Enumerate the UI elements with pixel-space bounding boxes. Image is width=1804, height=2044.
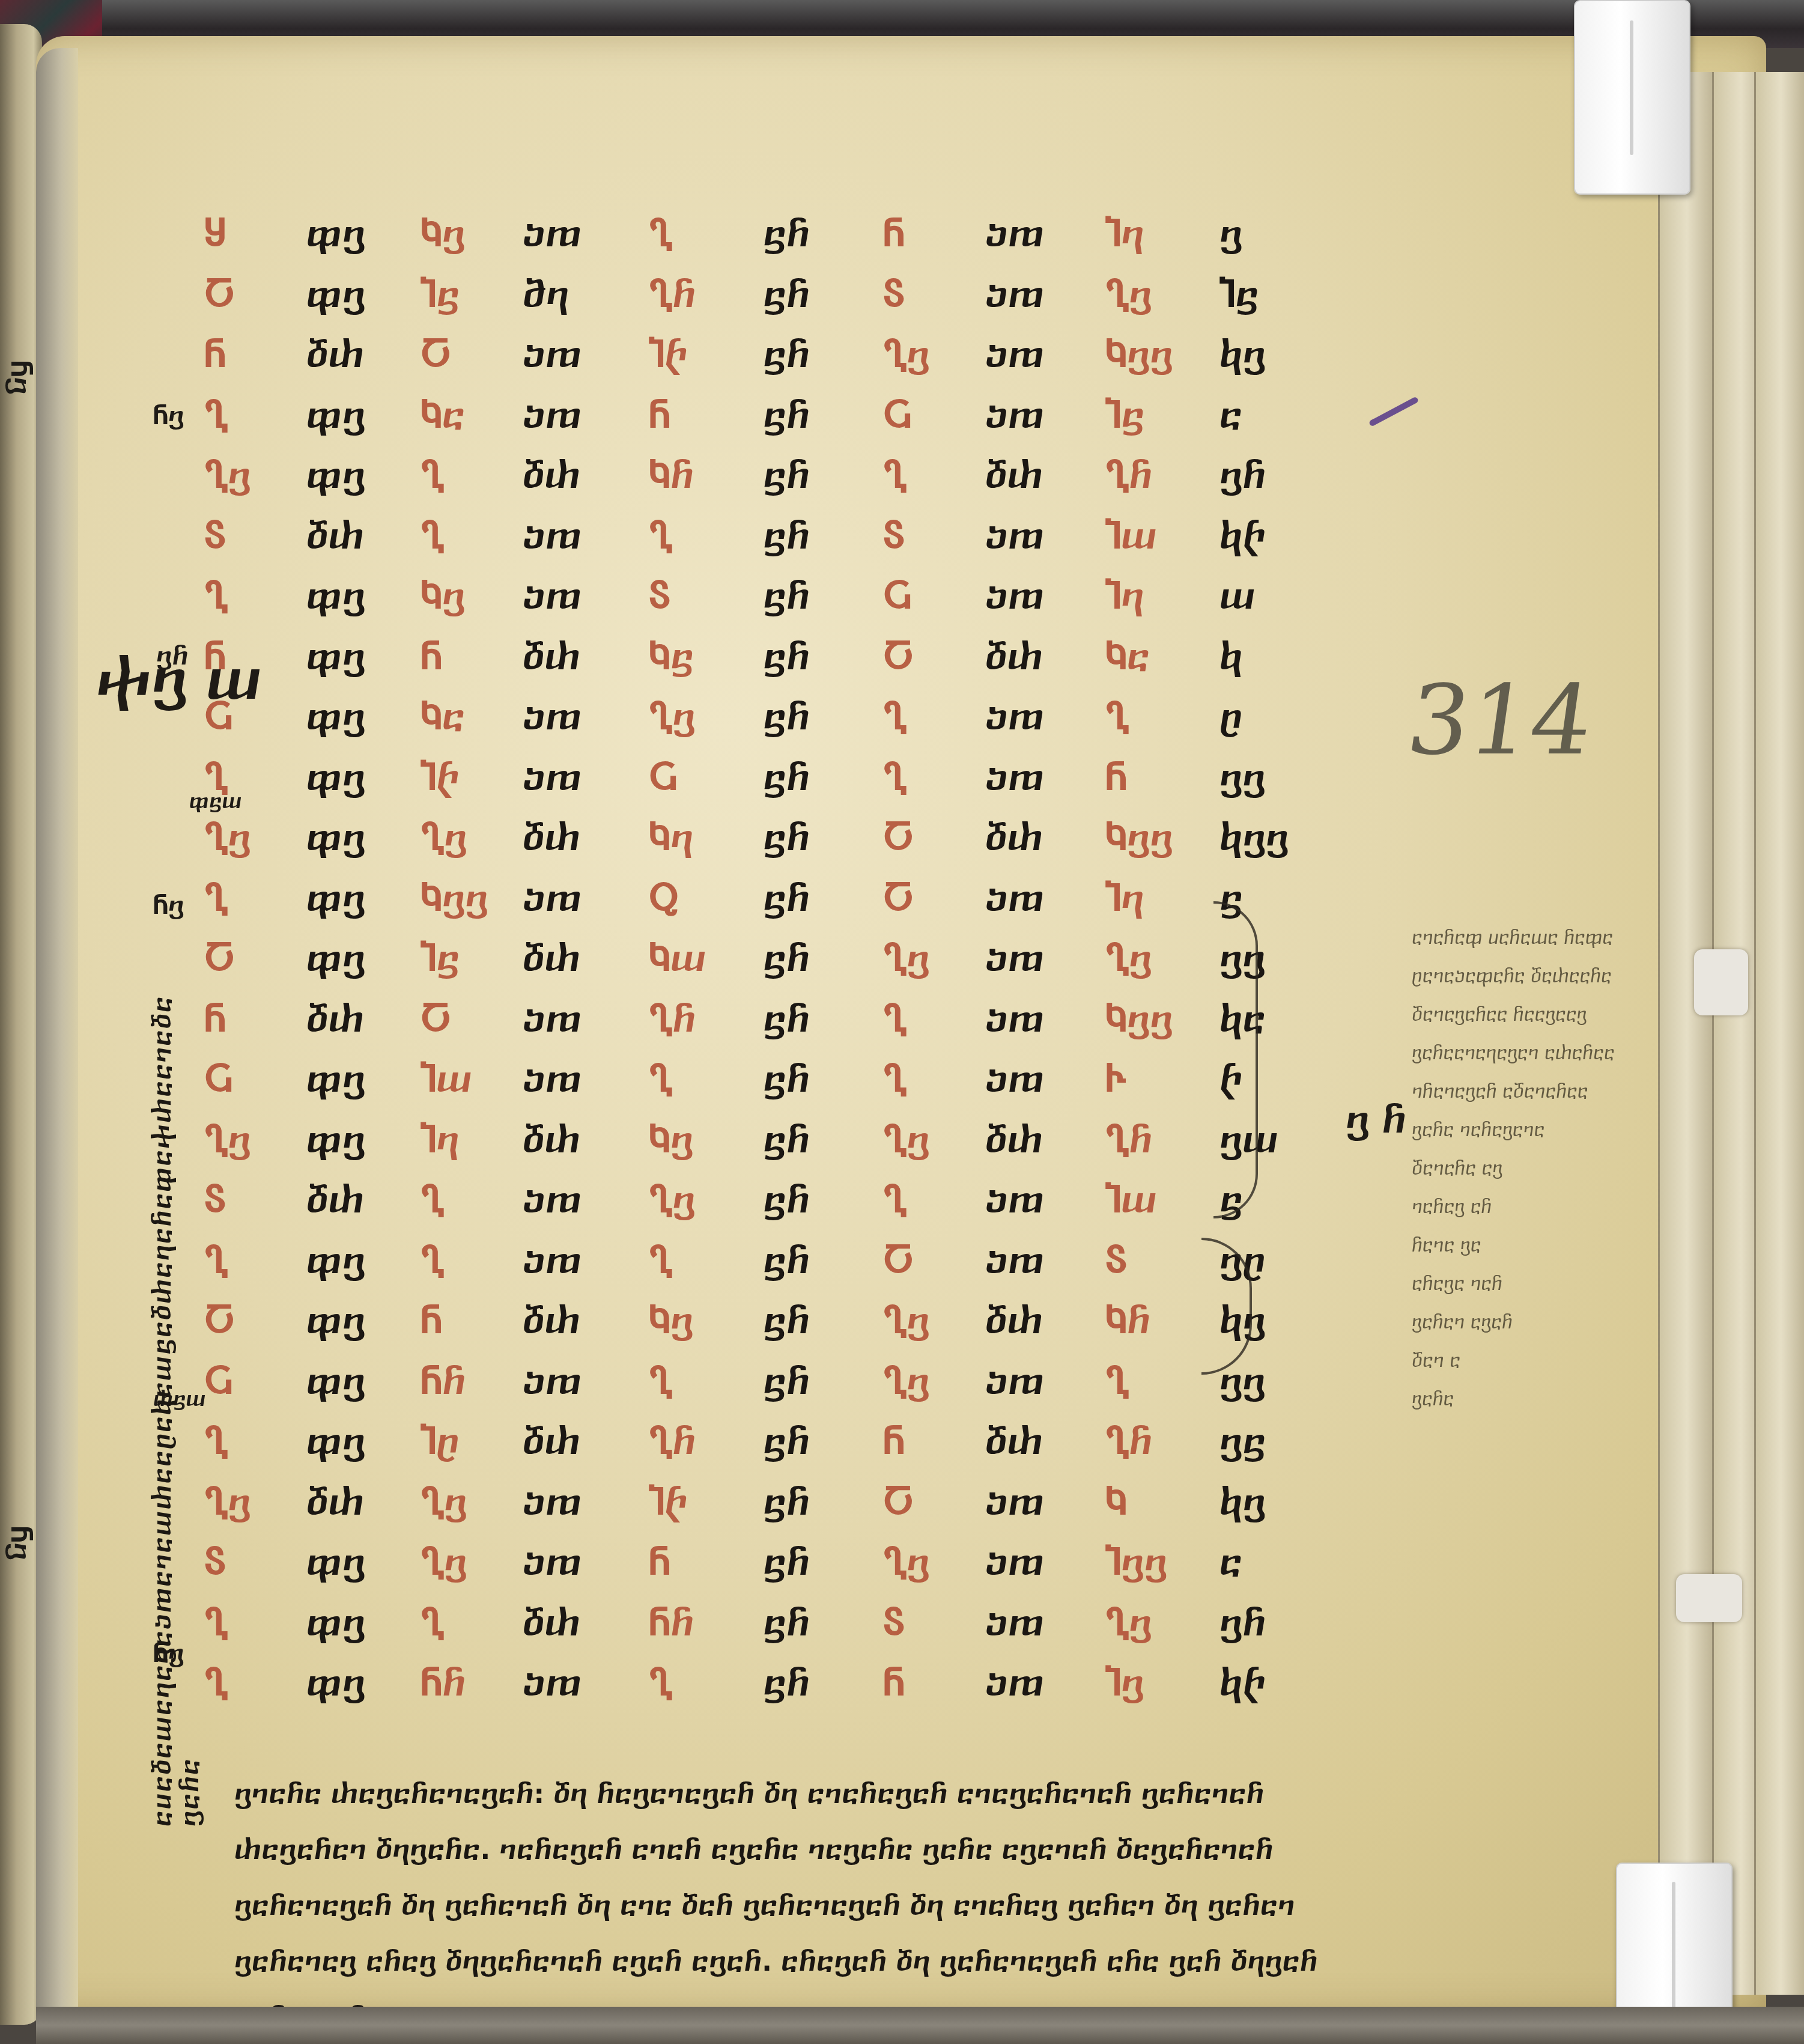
black-word-cell: ⴝⴌ <box>763 1110 883 1171</box>
black-word-cell: ⴝⴌ <box>763 204 883 265</box>
red-letter-cell: Ⴌ <box>883 1653 985 1714</box>
red-letter-cell: Ⴂⴌ <box>1105 1412 1219 1473</box>
black-word-cell: ⴝⴌ <box>763 1412 883 1473</box>
black-word-cell: ⴢⴊ <box>985 1170 1105 1231</box>
red-letter-cell: Ⴌ <box>883 204 985 265</box>
margin-note: Ⴌⴂ <box>153 403 184 430</box>
red-letter-cell: Ⴉⴂⴂ <box>1105 808 1219 869</box>
right-note-line: ⴌⴀⴈⴀ ⴂⴀ <box>1412 1227 1724 1265</box>
red-letter-cell: Ⴉⴂ <box>421 204 523 265</box>
black-word-cell: ⴢⴊ <box>523 567 649 627</box>
black-word-cell: ⴃⴐ <box>985 627 1105 688</box>
black-word-cell: ⴃⴐ <box>306 506 421 567</box>
red-letter-cell: Ⴉⴝ <box>649 627 763 688</box>
black-word-cell: ⴂⴝ <box>1219 1412 1292 1473</box>
black-word-cell: ⴉⴂⴂ <box>1219 808 1292 869</box>
black-word-cell: ⴃⴐ <box>306 990 421 1050</box>
red-letter-cell: Ⴂ <box>1105 687 1219 748</box>
prose-line: ⴂⴀⴌⴀⴈⴀⴂⴀⴌ ⴃⴄ ⴂⴀⴌⴀⴈⴀⴌ ⴃⴄ ⴀⴈⴀ ⴃⴀⴌ ⴂⴀⴌⴀⴈⴀⴂⴀ… <box>234 1878 1574 1934</box>
black-word-cell: ⴃⴐ <box>985 1110 1105 1171</box>
red-letter-cell: Ⴉⴄ <box>649 808 763 869</box>
red-letter-cell: Ⴝ <box>649 567 763 627</box>
red-letter-cell: Ⴂⴂ <box>883 325 985 386</box>
black-word-cell: ⴃⴐ <box>985 808 1105 869</box>
black-word-cell: ⴢⴊ <box>985 204 1105 265</box>
black-word-cell: ⴔⴂ <box>306 265 421 326</box>
margin-number: ⴔⴝⴍ <box>189 790 242 813</box>
red-letter-cell: Ⴌ <box>204 325 306 386</box>
red-letter-cell: Ⴂ <box>421 1231 523 1292</box>
red-letter-cell: Ⴈⴄ <box>1105 567 1219 627</box>
red-letter-cell: Ⴂⴂ <box>1105 1593 1219 1654</box>
red-letter-cell: Ⴈⴄ <box>421 1110 523 1171</box>
black-word-cell: ⴃⴐ <box>523 446 649 506</box>
red-letter-cell: Ⴂⴌ <box>1105 1110 1219 1171</box>
red-letter-cell: Ⴂⴂ <box>204 808 306 869</box>
right-margin-notes: ⴀⴈⴀⴌⴀⴔ ⴎⴀⴌⴀⴍⴀ ⴌⴀⴔⴀⴚⴀⴈⴀⴢⴀⴔⴀⴌⴀ ⴃⴀⴐⴀⴀⴌⴀⴃⴀⴈⴀ… <box>1412 919 1724 1419</box>
page-clip-top[interactable] <box>1574 0 1690 195</box>
black-word-cell: ⴢⴊ <box>985 1533 1105 1593</box>
red-letter-cell: Ⴚ <box>649 748 763 809</box>
black-word-cell: ⴢⴊ <box>985 506 1105 567</box>
red-letter-cell: Ⴡ <box>1105 1050 1219 1110</box>
black-word-cell: Ⴈⴝ <box>1219 265 1292 326</box>
red-letter-cell: Ⴈⴂⴂ <box>1105 1533 1219 1593</box>
black-word-cell: ⴢⴊ <box>523 1050 649 1110</box>
red-letter-cell: Ⴀ <box>883 1231 985 1292</box>
right-note-line: ⴀⴈⴀⴌⴀⴔ ⴎⴀⴌⴀⴍⴀ ⴌⴀⴔⴀ <box>1412 919 1724 958</box>
red-letter-cell: Ⴝ <box>883 506 985 567</box>
red-letter-cell: Ⴀ <box>883 627 985 688</box>
red-letter-cell: Ⴉⴂⴂ <box>421 869 523 929</box>
black-word-cell: ⴝⴌ <box>763 1653 883 1714</box>
red-letter-cell: Ⴀ <box>883 808 985 869</box>
red-letter-cell: Ⴝ <box>204 506 306 567</box>
black-word-cell: ⴃⴐ <box>523 1593 649 1654</box>
red-letter-cell: Ⴌⴌ <box>421 1352 523 1413</box>
red-letter-cell: Ⴀ <box>883 1473 985 1533</box>
red-letter-cell: Ⴂ <box>204 386 306 446</box>
black-word-cell: ⴢⴊ <box>523 687 649 748</box>
black-word-cell: ⴢⴊ <box>523 386 649 446</box>
black-word-cell: ⴔⴂ <box>306 1533 421 1593</box>
black-word-cell: ⴝⴌ <box>763 808 883 869</box>
red-letter-cell: Ⴌ <box>204 990 306 1050</box>
black-word-cell: ⴔⴂ <box>306 1110 421 1171</box>
black-word-cell: ⴢⴊ <box>985 748 1105 809</box>
red-letter-cell: Ⴈⴡ <box>649 1473 763 1533</box>
black-word-cell: ⴢⴊ <box>523 869 649 929</box>
right-note-line: ⴃⴀⴈⴀⴌⴀ ⴀⴂ <box>1412 1150 1724 1188</box>
black-word-cell: ⴉⴂ <box>1219 325 1292 386</box>
red-letter-cell: Ⴉ <box>1105 1473 1219 1533</box>
black-word-cell: ⴝⴌ <box>763 446 883 506</box>
black-word-cell: ⴝⴌ <box>763 748 883 809</box>
black-word-cell: ⴔⴂ <box>306 567 421 627</box>
red-letter-cell: Ⴚ <box>204 1050 306 1110</box>
red-letter-cell: Ⴂ <box>204 869 306 929</box>
red-letter-cell: Ⴂⴂ <box>883 1110 985 1171</box>
black-word-cell: ⴢⴊ <box>985 386 1105 446</box>
black-word-cell: ⴔⴂ <box>306 1593 421 1654</box>
black-word-cell: ⴂⴌ <box>1219 1593 1292 1654</box>
black-word-cell: ⴋⴄ <box>523 265 649 326</box>
red-letter-cell: Ⴂ <box>649 1231 763 1292</box>
red-letter-cell: Ⴂⴂ <box>204 446 306 506</box>
black-word-cell: ⴝⴌ <box>763 990 883 1050</box>
red-letter-cell: Ⴂⴂ <box>421 808 523 869</box>
prose-text-block: ⴂⴈⴀⴌⴀ ⴐⴀⴂⴀⴌⴀⴈⴀⴂⴀⴌ: ⴃⴄ ⴌⴀⴂⴀⴈⴀⴂⴀⴌ ⴃⴄ ⴀⴈⴀⴌⴀ… <box>234 1766 1574 2044</box>
red-letter-cell: Ⴂⴂ <box>883 1291 985 1352</box>
margin-symbol: ⴂ ⴌ <box>1346 1100 1406 1142</box>
red-letter-cell: Ⴂ <box>883 1170 985 1231</box>
facing-page-glyph: Ⴌⴂ <box>5 1526 35 1560</box>
black-word-cell: ⴢⴊ <box>985 1473 1105 1533</box>
black-word-cell: ⴂⴌ <box>1219 446 1292 506</box>
red-letter-cell: Ⴂ <box>883 446 985 506</box>
red-letter-cell: Ⴂ <box>204 1231 306 1292</box>
black-word-cell: ⴢⴊ <box>523 1533 649 1593</box>
black-word-cell: ⴢⴊ <box>523 506 649 567</box>
red-letter-cell: Ⴈⴄ <box>1105 869 1219 929</box>
red-letter-cell: Ⴂⴂ <box>649 1170 763 1231</box>
red-letter-cell: Ⴂⴂ <box>883 1352 985 1413</box>
black-word-cell: ⴢⴊ <box>985 1050 1105 1110</box>
right-note-line: ⴂⴀⴌⴀⴀⴈⴀⴄⴀⴂⴀⴈ ⴀⴐⴀⴌⴀⴀ <box>1412 1035 1724 1073</box>
red-letter-cell: Ⴂⴂ <box>883 1533 985 1593</box>
red-letter-cell: Ⴂⴂ <box>1105 265 1219 326</box>
black-word-cell: ⴉ <box>1219 627 1292 688</box>
red-letter-cell: Ⴂ <box>649 1653 763 1714</box>
black-word-cell: ⴝⴌ <box>763 386 883 446</box>
red-letter-cell: Ⴂ <box>421 1593 523 1654</box>
black-word-cell: ⴢⴊ <box>985 1593 1105 1654</box>
red-letter-cell: Ⴚ <box>883 567 985 627</box>
red-letter-cell: Ⴈⴝ <box>1105 386 1219 446</box>
red-letter-cell: Ⴝ <box>204 1170 306 1231</box>
red-letter-cell: Ⴂ <box>421 1170 523 1231</box>
red-letter-cell: Ⴉⴍ <box>649 929 763 990</box>
black-word-cell: ⴃⴐ <box>306 1473 421 1533</box>
black-word-cell: ⴢⴊ <box>985 1231 1105 1292</box>
red-letter-cell: Ⴚ <box>204 1352 306 1413</box>
red-letter-cell: Ⴂⴌ <box>649 990 763 1050</box>
margin-note: ⴂⴌ <box>156 643 189 671</box>
black-word-cell: ⴃⴐ <box>306 1170 421 1231</box>
black-word-cell: ⴃⴐ <box>985 1412 1105 1473</box>
black-word-cell: ⴢⴊ <box>985 265 1105 326</box>
black-word-cell: ⴃⴐ <box>523 808 649 869</box>
black-word-cell: ⴝⴌ <box>763 869 883 929</box>
red-letter-cell: Ⴉⴌ <box>649 446 763 506</box>
black-word-cell: ⴢⴊ <box>523 1473 649 1533</box>
black-word-cell: ⴝⴌ <box>763 1533 883 1593</box>
red-letter-cell: Ⴀ <box>204 929 306 990</box>
black-word-cell: ⴢⴊ <box>523 1170 649 1231</box>
black-word-cell: ⴝⴌ <box>763 1352 883 1413</box>
red-letter-cell: Ⴂⴂ <box>204 1110 306 1171</box>
red-letter-cell: Ⴈⴡ <box>421 748 523 809</box>
red-letter-cell: Ⴂ <box>204 1653 306 1714</box>
folio-gutter <box>36 48 78 2007</box>
red-letter-cell: Ⴈⴍ <box>421 1050 523 1110</box>
red-letter-cell: Ⴀ <box>204 1291 306 1352</box>
black-word-cell: ⴍ <box>1219 567 1292 627</box>
red-letter-cell: Ⴂⴂ <box>883 929 985 990</box>
red-letter-cell: Ⴂⴂ <box>421 1533 523 1593</box>
red-letter-cell: Ⴌⴌ <box>649 1593 763 1654</box>
black-word-cell: ⴢⴊ <box>985 567 1105 627</box>
red-letter-cell: Ⴝ <box>204 1533 306 1593</box>
right-note-line: ⴈⴀⴌⴀⴂ ⴀⴌ <box>1412 1188 1724 1227</box>
red-letter-cell: Ⴈⴄ <box>1105 204 1219 265</box>
red-letter-cell: Ⴌⴌ <box>421 1653 523 1714</box>
red-letter-cell: Ⴀ <box>204 265 306 326</box>
black-word-cell: ⴝⴌ <box>763 1593 883 1654</box>
black-word-cell: ⴢⴊ <box>523 1352 649 1413</box>
red-letter-cell: Ⴝ <box>883 265 985 326</box>
black-word-cell: ⴝⴌ <box>763 265 883 326</box>
red-letter-cell: Ⴉⴂⴂ <box>1105 990 1219 1050</box>
black-word-cell: ⴝⴌ <box>763 1291 883 1352</box>
black-word-cell: ⴀ <box>1219 386 1292 446</box>
red-letter-cell: Ⴈⴂ <box>1105 1653 1219 1714</box>
leaf-edge <box>1754 72 1804 1995</box>
black-word-cell: ⴢⴊ <box>523 325 649 386</box>
black-word-cell: ⴢⴊ <box>523 748 649 809</box>
red-letter-cell: Ⴂ <box>649 506 763 567</box>
red-letter-cell: Ⴂ <box>204 567 306 627</box>
red-letter-cell: Ⴀ <box>883 869 985 929</box>
red-letter-cell: Ⴀ <box>421 990 523 1050</box>
red-letter-cell: Ⴂⴌ <box>1105 446 1219 506</box>
black-word-cell: ⴢⴊ <box>985 929 1105 990</box>
right-note-line: ⴂⴀⴌⴀ <box>1412 1381 1724 1419</box>
red-letter-cell: Ⴂ <box>204 1593 306 1654</box>
black-word-cell: ⴢⴊ <box>985 687 1105 748</box>
red-letter-cell: Ⴂⴂ <box>1105 929 1219 990</box>
black-word-cell: ⴀ <box>1219 1533 1292 1593</box>
black-word-cell: ⴚ <box>1219 687 1292 748</box>
black-word-cell: ⴃⴐ <box>523 1291 649 1352</box>
black-word-cell: ⴢⴊ <box>523 1653 649 1714</box>
black-word-cell: ⴝⴌ <box>763 1473 883 1533</box>
black-word-cell: ⴔⴂ <box>306 929 421 990</box>
binding-bottom <box>36 2007 1804 2044</box>
black-word-cell: ⴂⴂ <box>1219 748 1292 809</box>
red-letter-cell: Ⴉⴂ <box>421 567 523 627</box>
folio-number: 314 <box>1401 664 1600 776</box>
right-note-line: ⴚⴀⴈⴀⴢⴀⴔⴀⴌⴀ ⴃⴀⴐⴀⴀⴌⴀ <box>1412 958 1724 996</box>
black-word-cell: ⴝⴌ <box>763 1231 883 1292</box>
red-letter-cell: Ⴂ <box>421 506 523 567</box>
red-letter-cell: Ⴂ <box>883 1050 985 1110</box>
black-word-cell: ⴢⴊ <box>985 1653 1105 1714</box>
black-word-cell: ⴢⴊ <box>985 325 1105 386</box>
prose-line: ⴂⴀⴌⴀⴈⴀⴂ ⴀⴌⴀⴂ ⴃⴄⴂⴀⴌⴀⴈⴀⴌ ⴀⴂⴀⴌ ⴀⴂⴀⴌ. ⴀⴌⴀⴂⴀⴌ… <box>234 1934 1574 1990</box>
black-word-cell: ⴉⴂ <box>1219 1473 1292 1533</box>
red-letter-cell: Ⴂ <box>883 687 985 748</box>
red-letter-cell: Ⴌ <box>649 1533 763 1593</box>
black-word-cell: ⴔⴂ <box>306 446 421 506</box>
black-word-cell: ⴔⴂ <box>306 1050 421 1110</box>
red-letter-cell: Ⴉⴀ <box>421 687 523 748</box>
black-word-cell: ⴢⴊ <box>523 990 649 1050</box>
black-word-cell: ⴃⴐ <box>306 325 421 386</box>
black-word-cell: ⴔⴂ <box>306 1653 421 1714</box>
red-letter-cell: Ⴂⴂ <box>649 687 763 748</box>
red-letter-cell: Ⴚ <box>883 386 985 446</box>
red-letter-cell: Ⴝ <box>883 1593 985 1654</box>
red-letter-cell: Ⴍ <box>649 869 763 929</box>
red-letter-cell: Ⴂ <box>883 990 985 1050</box>
black-word-cell: ⴔⴂ <box>306 1412 421 1473</box>
red-letter-cell: Ⴂ <box>204 1412 306 1473</box>
red-letter-cell: Ⴂ <box>421 446 523 506</box>
red-letter-cell: Ⴉⴀ <box>1105 627 1219 688</box>
black-word-cell: ⴝⴌ <box>763 687 883 748</box>
right-note-line: ⴃⴀⴈⴀⴂⴀⴌⴀⴀ ⴌⴀⴀⴂⴀⴀⴂ <box>1412 996 1724 1035</box>
black-word-cell: ⴔⴂ <box>306 808 421 869</box>
vertical-margin-note: ⴀⴎⴀⴃⴀⴍⴀⴄⴀⴂⴀⴢⴊⴀⴈⴀⴍⴐⴀⴀⴚⴀⴉⴀⴍⴝⴀⴃⴐⴀⴄⴀⴌⴀⴔⴀⴕⴐⴀⴀ… <box>149 1033 204 1827</box>
red-letter-cell: Ⴂⴂ <box>204 1473 306 1533</box>
black-word-cell: ⴃⴐ <box>523 627 649 688</box>
red-letter-cell: Ⴈⴍ <box>1105 506 1219 567</box>
red-letter-cell: Ⴂ <box>649 204 763 265</box>
black-word-cell: ⴝⴌ <box>763 506 883 567</box>
black-word-cell: ⴔⴂ <box>306 687 421 748</box>
red-letter-cell: Ⴈⴡ <box>649 325 763 386</box>
black-word-cell: ⴝⴌ <box>763 1170 883 1231</box>
red-letter-cell: Ⴈⴚ <box>421 1412 523 1473</box>
red-letter-cell: Ⴂ <box>883 748 985 809</box>
red-letter-cell: Ⴌ <box>649 386 763 446</box>
red-letter-cell: Ⴌ <box>421 627 523 688</box>
black-word-cell: ⴢⴊ <box>985 1352 1105 1413</box>
red-letter-cell: Ⴉⴂⴂ <box>1105 325 1219 386</box>
black-word-cell: ⴝⴌ <box>763 627 883 688</box>
red-letter-cell: Ⴂⴌ <box>649 265 763 326</box>
black-word-cell: ⴃⴐ <box>523 1110 649 1171</box>
right-note-line: ⴀⴌⴀⴂⴀ ⴈⴀⴌ <box>1412 1265 1724 1304</box>
black-word-cell: ⴃⴐ <box>523 929 649 990</box>
black-word-cell: ⴢⴊ <box>985 990 1105 1050</box>
black-word-cell: ⴔⴂ <box>306 1352 421 1413</box>
red-letter-cell: Ⴌ <box>1105 748 1219 809</box>
red-letter-cell: Ⴉⴂ <box>649 1110 763 1171</box>
black-word-cell: ⴢⴊ <box>523 1231 649 1292</box>
red-letter-cell: Ⴌ <box>883 1412 985 1473</box>
right-note-line: ⴂⴀⴌⴀⴈ ⴀⴂⴀⴌ <box>1412 1304 1724 1342</box>
red-letter-cell: Ⴀ <box>421 325 523 386</box>
right-note-line: ⴃⴀⴈ ⴀ <box>1412 1342 1724 1381</box>
black-word-cell: ⴉⴡ <box>1219 1653 1292 1714</box>
red-letter-cell: Ⴉⴀ <box>421 386 523 446</box>
margin-note: Ⴌⴂ <box>153 892 184 920</box>
black-word-cell: ⴔⴂ <box>306 748 421 809</box>
parchment-damage <box>1676 1574 1742 1622</box>
red-letter-cell: Ⴈⴝ <box>421 929 523 990</box>
black-word-cell: ⴃⴐ <box>523 1412 649 1473</box>
black-word-cell: ⴢⴊ <box>523 204 649 265</box>
right-note-line: ⴂⴀⴌⴀ ⴈⴀⴌⴀⴂⴀⴈⴀ <box>1412 1112 1724 1150</box>
black-word-cell: ⴝⴌ <box>763 567 883 627</box>
black-word-cell: ⴃⴐ <box>985 1291 1105 1352</box>
red-letter-cell: Ⴂⴌ <box>649 1412 763 1473</box>
prose-line: ⴂⴈⴀⴌⴀ ⴐⴀⴂⴀⴌⴀⴈⴀⴂⴀⴌ: ⴃⴄ ⴌⴀⴂⴀⴈⴀⴂⴀⴌ ⴃⴄ ⴀⴈⴀⴌⴀ… <box>234 1766 1574 1822</box>
black-word-cell: ⴔⴂ <box>306 204 421 265</box>
prose-line: ⴐⴀⴂⴀⴌⴀⴈ ⴃⴄⴂⴀⴌⴀ. ⴈⴀⴌⴀⴂⴀⴌ ⴀⴈⴀⴌ ⴀⴂⴀⴌⴀ ⴈⴀⴂⴀⴌ… <box>234 1822 1574 1878</box>
black-word-cell: ⴝⴌ <box>763 325 883 386</box>
red-letter-cell: Ⴈⴍ <box>1105 1170 1219 1231</box>
right-note-line: ⴈⴌⴀⴈⴀⴂⴀⴌ ⴀⴃⴀⴈⴀⴌⴀⴀ <box>1412 1073 1724 1112</box>
red-letter-cell: Ⴂ <box>649 1050 763 1110</box>
red-letter-cell: Ⴘ <box>204 204 306 265</box>
bracket-line <box>1213 901 1258 1218</box>
black-word-cell: ⴔⴂ <box>306 1231 421 1292</box>
red-letter-cell: Ⴌ <box>421 1291 523 1352</box>
black-word-cell: ⴔⴂ <box>306 627 421 688</box>
black-word-cell: ⴢⴊ <box>985 869 1105 929</box>
letter-table: ႸⴔⴂႩⴂⴢⴊႢⴝⴌႬⴢⴊႨⴄⴂႠⴔⴂႨⴝⴋⴄႢⴌⴝⴌႽⴢⴊႢⴂႨⴝႬⴃⴐႠⴢⴊ… <box>204 204 1292 1714</box>
red-letter-cell: Ⴂ <box>649 1352 763 1413</box>
black-word-cell: ⴔⴂ <box>306 1291 421 1352</box>
black-word-cell: ⴂ <box>1219 204 1292 265</box>
black-word-cell: ⴉⴡ <box>1219 506 1292 567</box>
black-word-cell: ⴔⴂ <box>306 869 421 929</box>
red-letter-cell: Ⴈⴝ <box>421 265 523 326</box>
red-letter-cell: Ⴂⴂ <box>421 1473 523 1533</box>
black-word-cell: ⴔⴂ <box>306 386 421 446</box>
black-word-cell: ⴝⴌ <box>763 929 883 990</box>
red-letter-cell: Ⴉⴂ <box>649 1291 763 1352</box>
facing-page-glyph: Ⴌⴂ <box>5 360 35 395</box>
black-word-cell: ⴝⴌ <box>763 1050 883 1110</box>
black-word-cell: ⴃⴐ <box>985 446 1105 506</box>
